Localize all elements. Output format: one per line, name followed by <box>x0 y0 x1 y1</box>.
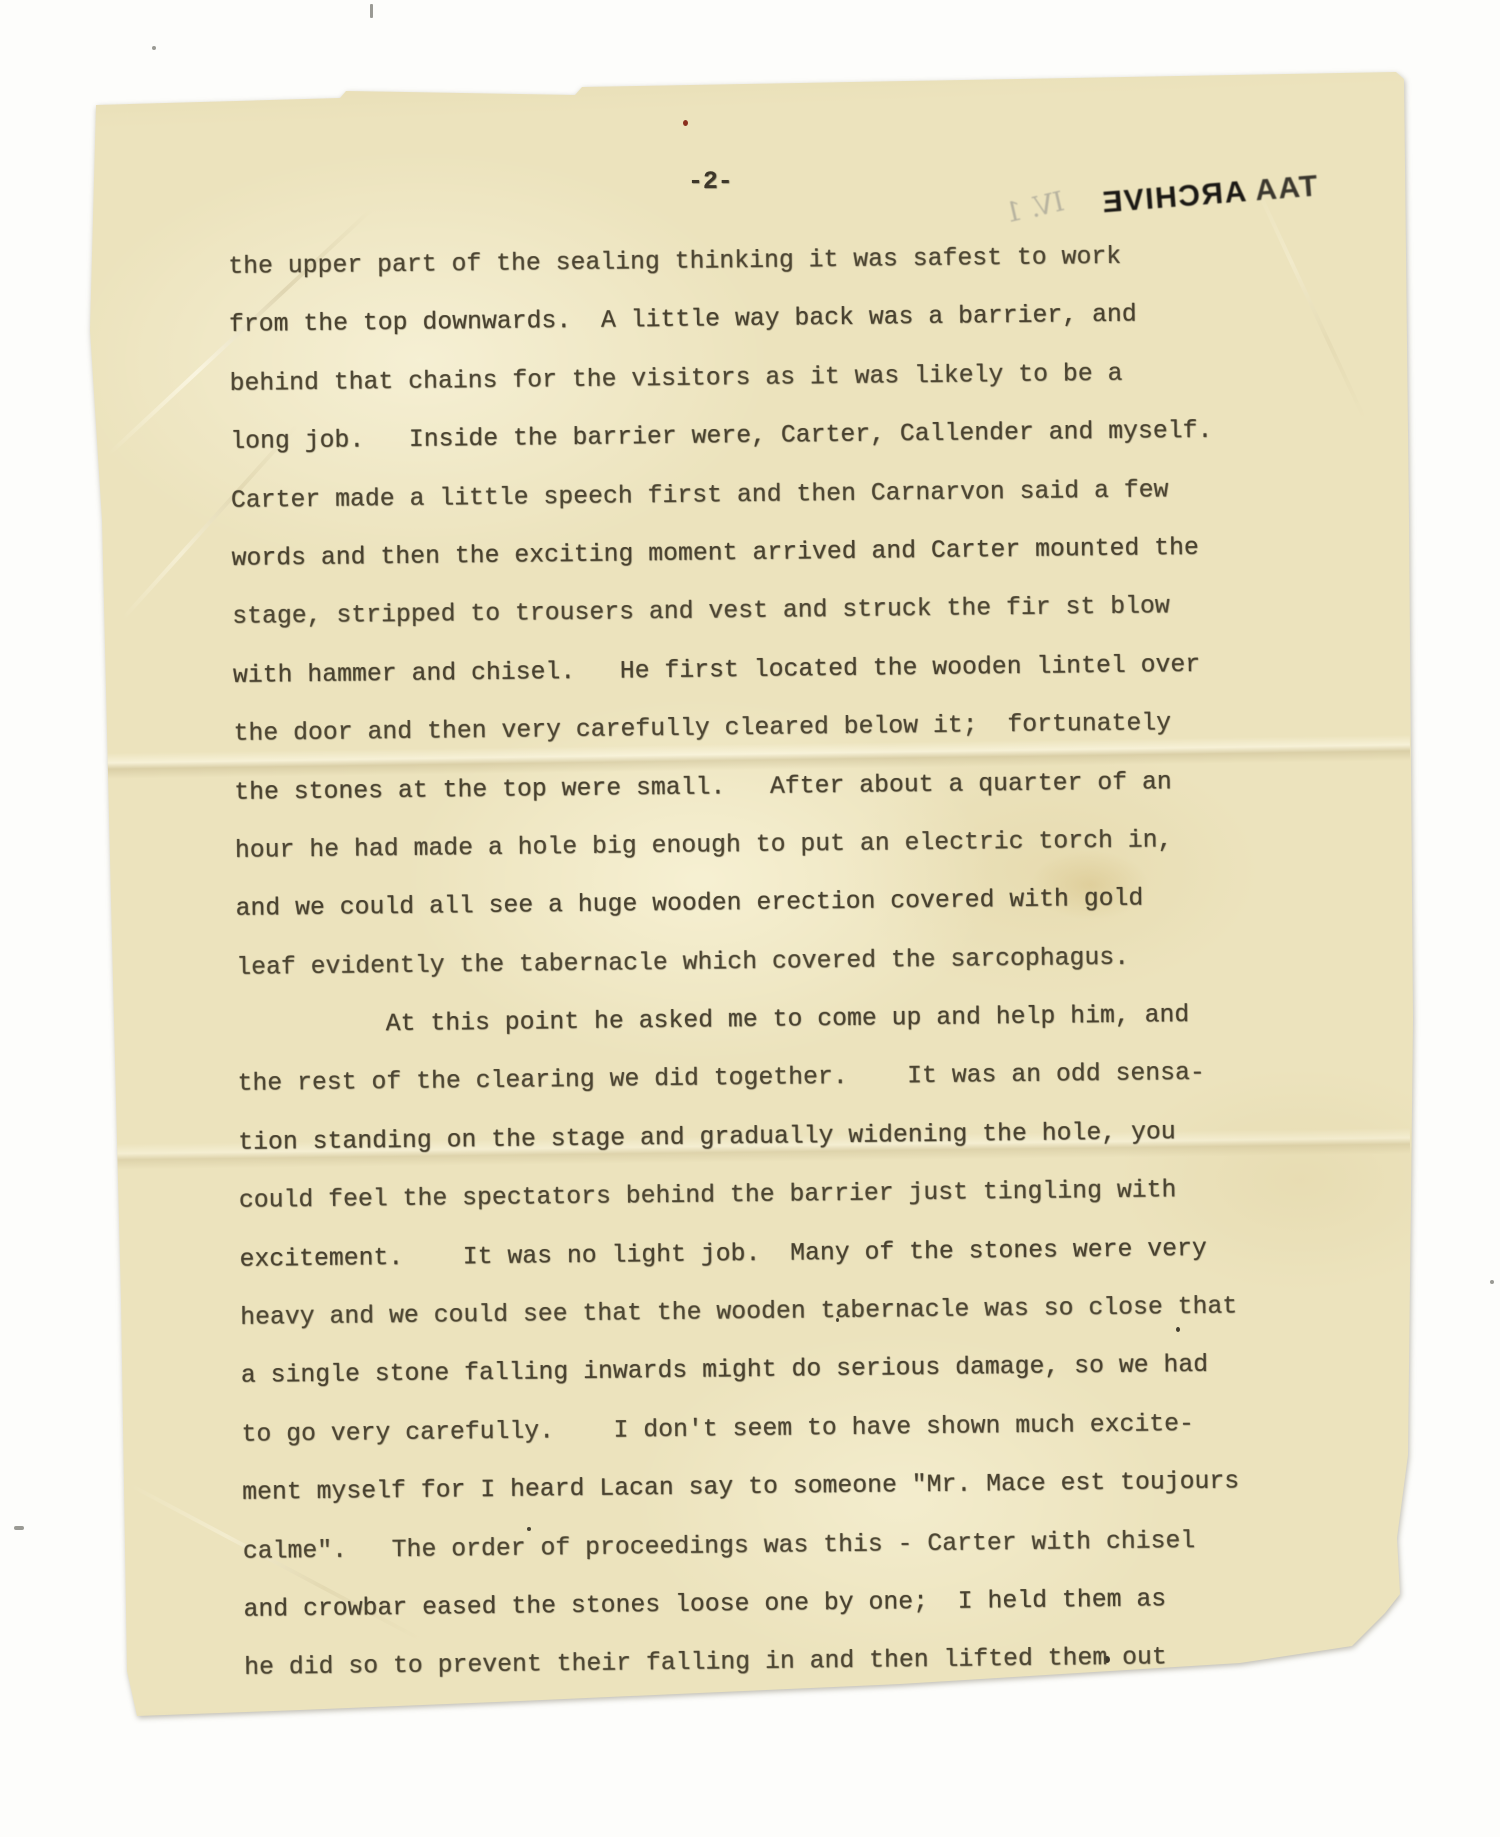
archive-stamp-text: ARCHIVE <box>1100 175 1248 219</box>
archive-stamp: TAA ARCHIVE <box>1049 170 1319 229</box>
typescript-line: stage, stripped to trousers and vest and… <box>232 577 1230 647</box>
paper-sheet: -2- TAA ARCHIVE IV. 1 the upper part of … <box>0 0 1500 1837</box>
ink-speck <box>683 120 688 126</box>
typescript-line: a single stone falling inwards might do … <box>241 1336 1239 1406</box>
typescript-line: he did so to prevent their falling in an… <box>244 1628 1242 1698</box>
typescript-line: could feel the spectators behind the bar… <box>239 1161 1237 1231</box>
typescript-line: and we could all see a huge wooden erect… <box>235 869 1233 939</box>
typescript-line: ment myself for I heard Lacan say to som… <box>242 1453 1240 1523</box>
typescript-line: the door and then very carefully cleared… <box>233 694 1231 764</box>
archive-stamp-text: TAA <box>1245 170 1319 209</box>
typescript-line: long job. Inside the barrier were, Carte… <box>230 402 1228 472</box>
scanned-letter-page: -2- TAA ARCHIVE IV. 1 the upper part of … <box>0 0 1500 1837</box>
page-number: -2- <box>688 167 733 197</box>
typescript-body: the upper part of the sealing thinking i… <box>228 227 1241 1698</box>
typescript-line: from the top downwards. A little way bac… <box>229 285 1227 355</box>
diagonal-crease <box>1253 183 1367 420</box>
